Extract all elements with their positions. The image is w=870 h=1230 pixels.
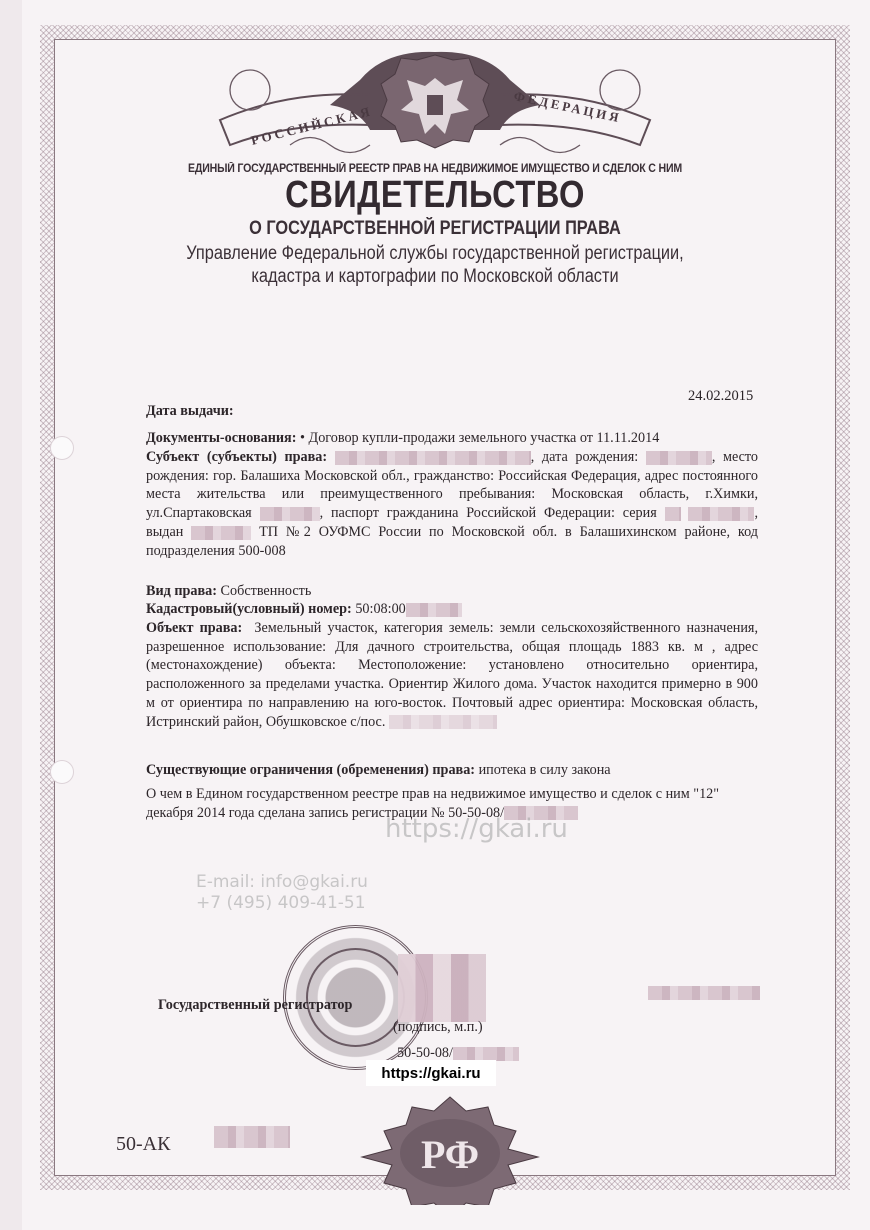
signature-hint: (подпись, м.п.)	[393, 1018, 593, 1037]
agency-line-2: кадастра и картографии по Московской обл…	[61, 265, 809, 288]
basis-label: Документы-основания:	[146, 430, 296, 446]
cadastral-label: Кадастровый(условный) номер:	[146, 601, 352, 617]
coat-of-arms-emblem-icon: РОССИЙСКАЯ ФЕДЕРАЦИЯ	[210, 50, 660, 160]
punch-hole-top	[50, 436, 74, 460]
basis-value: • Договор купли-продажи земельного участ…	[300, 430, 659, 446]
redacted-cadastral-number	[406, 603, 462, 617]
agency-line-1: Управление Федеральной службы государств…	[61, 242, 809, 265]
redacted-issue-date	[191, 526, 251, 540]
registrar-label: Государственный регистратор	[158, 997, 352, 1013]
right-type-label: Вид права:	[146, 583, 217, 599]
signature-record-prefix: 50-50-08/	[397, 1045, 453, 1061]
subject-text-2: , паспорт гражданина Российской Федераци…	[320, 505, 657, 521]
document-title: СВИДЕТЕЛЬСТВО	[61, 174, 809, 217]
basis-documents-row: Документы-основания: • Договор купли-про…	[146, 429, 758, 448]
issue-date-label: Дата выдачи:	[146, 403, 234, 419]
scan-left-edge	[0, 0, 22, 1230]
redacted-postal-address	[389, 715, 497, 729]
watermark-phone: +7 (495) 409-41-51	[196, 893, 368, 914]
encumbrance-value: ипотека в силу закона	[479, 762, 611, 778]
subject-label: Субъект (субъекты) права:	[146, 449, 327, 465]
encumbrance-row: Существующие ограничения (обременения) п…	[146, 761, 758, 780]
right-type-row: Вид права: Собственность	[146, 582, 758, 601]
redacted-signature-record	[453, 1047, 519, 1061]
watermark-email: E-mail: info@gkai.ru	[196, 872, 368, 893]
punch-hole-bottom	[50, 760, 74, 784]
watermark-url-label: https://gkai.ru	[366, 1060, 496, 1086]
cadastral-row: Кадастровый(условный) номер: 50:08:00	[146, 600, 758, 619]
object-label: Объект права:	[146, 620, 242, 636]
cadastral-value: 50:08:00	[355, 601, 405, 617]
redacted-address	[260, 507, 320, 521]
issuing-agency: Управление Федеральной службы государств…	[61, 242, 809, 288]
serial-prefix: 50-АК	[116, 1133, 170, 1156]
svg-text:РФ: РФ	[421, 1132, 479, 1177]
rf-rosette-icon: РФ	[355, 1095, 545, 1205]
registrar-row: Государственный регистратор	[158, 996, 770, 1015]
right-type-value: Собственность	[221, 583, 312, 599]
redacted-passport-series	[665, 507, 681, 521]
document-subtitle: О ГОСУДАРСТВЕННОЙ РЕГИСТРАЦИИ ПРАВА	[61, 218, 809, 240]
issue-date-row: Дата выдачи:	[146, 402, 758, 421]
redacted-subject-name	[335, 451, 531, 465]
object-block: Объект права: Земельный участок, категор…	[146, 619, 758, 731]
watermark-url: https://gkai.ru	[385, 814, 568, 844]
redacted-serial-number	[214, 1126, 290, 1148]
watermark-contacts: E-mail: info@gkai.ru +7 (495) 409-41-51	[196, 872, 368, 914]
redacted-passport-number	[688, 507, 754, 521]
watermark-logo-text	[225, 700, 236, 740]
subject-dob-label: , дата рождения:	[531, 449, 638, 465]
object-value: Земельный участок, категория земель: зем…	[146, 620, 758, 730]
redacted-birth-date	[646, 451, 712, 465]
encumbrance-label: Существующие ограничения (обременения) п…	[146, 762, 475, 778]
subject-block: Субъект (субъекты) права: , дата рождени…	[146, 448, 758, 560]
